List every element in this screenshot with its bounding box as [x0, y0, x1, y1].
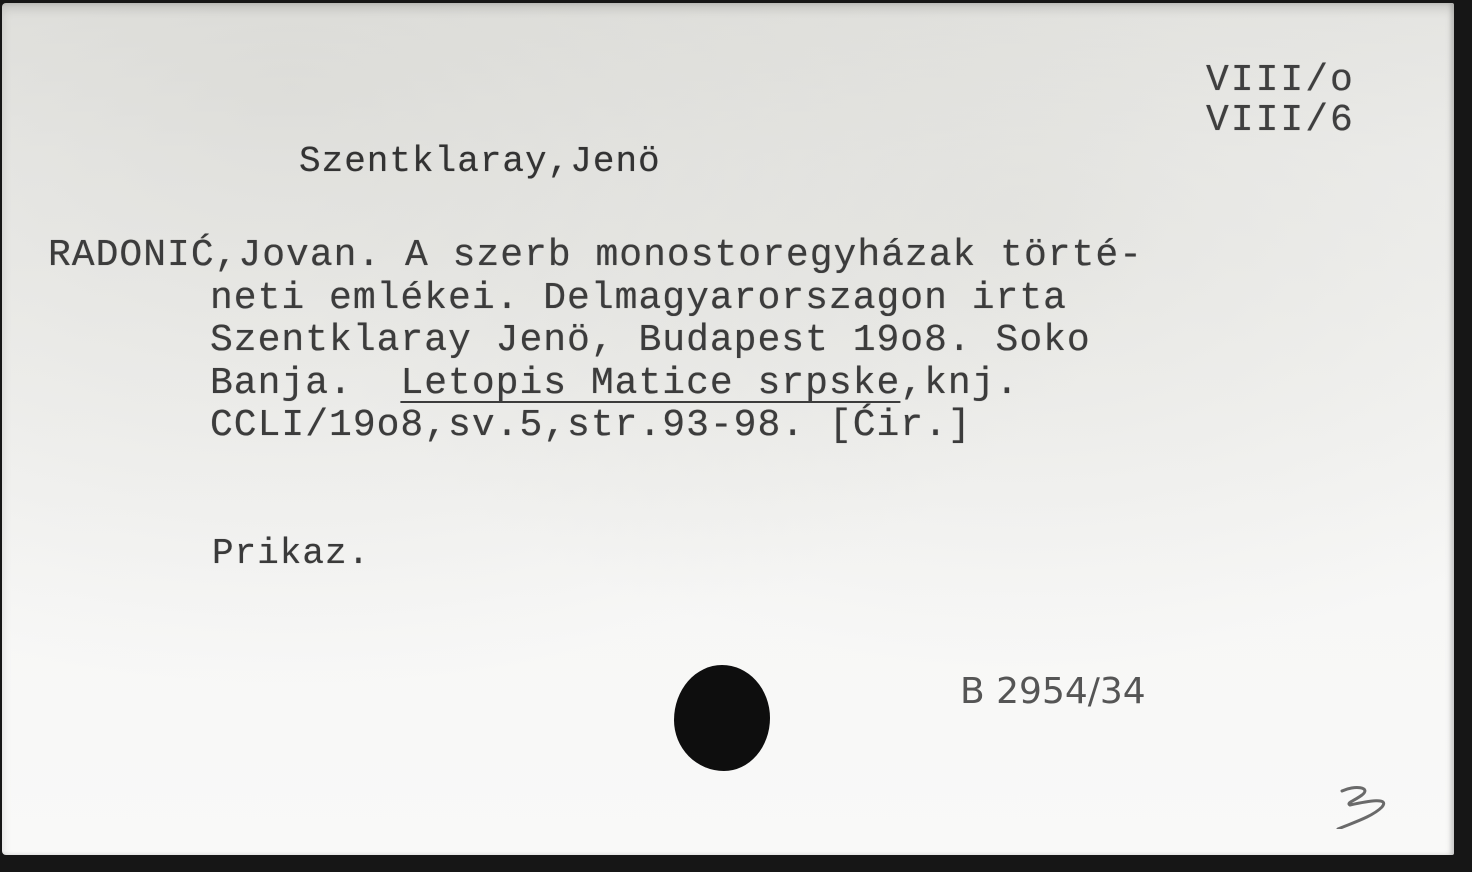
- entry-line-1: RADONIĆ,Jovan. A szerb monostoregyházak …: [48, 235, 1143, 278]
- card-note: Prikaz.: [212, 533, 370, 574]
- classmark-line-1: VIII/o: [1206, 61, 1355, 101]
- punch-hole-icon: [674, 665, 770, 771]
- entry-line-2: neti emlékei. Delmagyarorszagon irta: [48, 278, 1143, 321]
- catalog-card: Szentklaray,Jenö VIII/oVIII/6 RADONIĆ,Jo…: [2, 3, 1454, 855]
- journal-title: Letopis Matice srpske: [400, 362, 900, 405]
- card-heading-author: Szentklaray,Jenö: [299, 141, 661, 182]
- bibliographic-entry: RADONIĆ,Jovan. A szerb monostoregyházak …: [48, 235, 1143, 448]
- classification-mark: VIII/oVIII/6: [1206, 61, 1355, 141]
- entry-line-4: Banja. Letopis Matice srpske,knj.: [48, 363, 1143, 406]
- shelf-number: B 2954/34: [960, 671, 1146, 712]
- entry-line-4-plain: Banja.: [210, 362, 400, 405]
- scanned-catalog-card: Szentklaray,Jenö VIII/oVIII/6 RADONIĆ,Jo…: [0, 0, 1472, 872]
- classmark-line-2: VIII/6: [1206, 101, 1355, 141]
- entry-line-3: Szentklaray Jenö, Budapest 19o8. Soko: [48, 320, 1143, 363]
- entry-line-4-rest: ,knj.: [900, 362, 1019, 405]
- pencil-mark-icon: [1328, 785, 1394, 829]
- entry-line-5: CCLI/19o8,sv.5,str.93-98. [Ćir.]: [48, 405, 1143, 448]
